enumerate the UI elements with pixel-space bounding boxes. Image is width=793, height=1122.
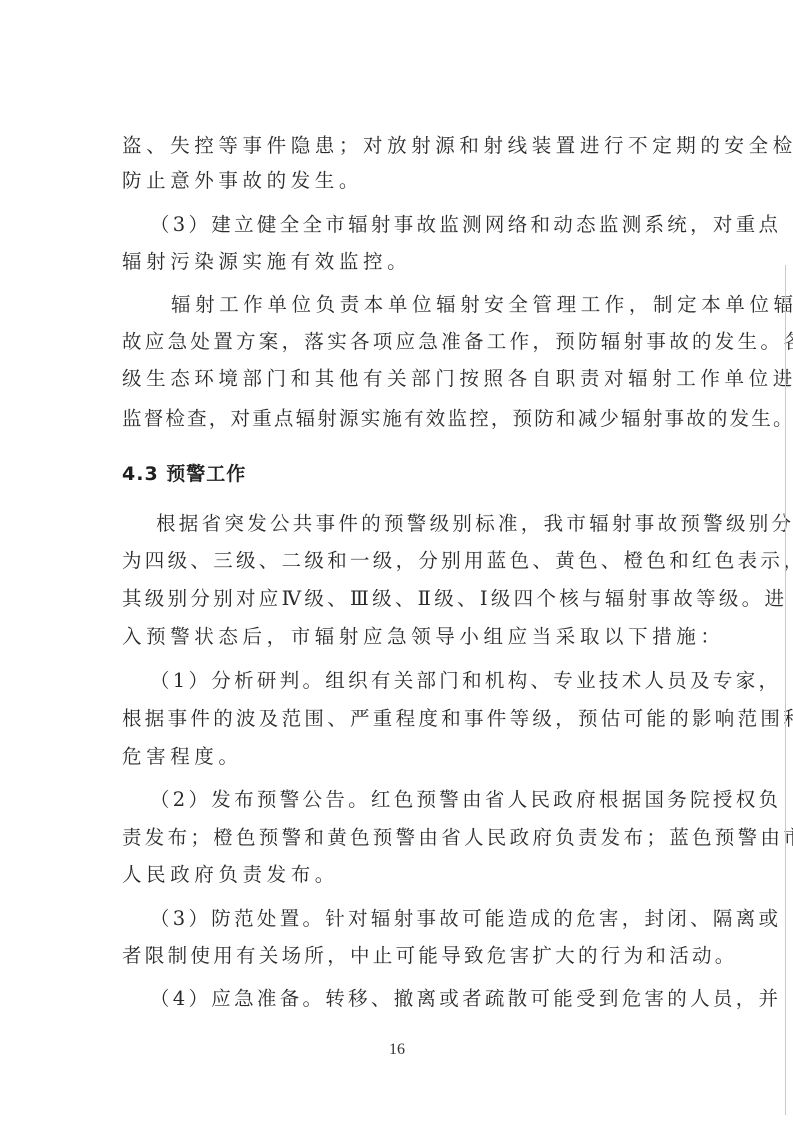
measure-3-line: （3）防范处置。针对辐射事故可能造成的危害，封闭、隔离或 (150, 907, 661, 931)
paragraph-line: 监督检查，对重点辐射源实施有效监控，预防和减少辐射事故的发生。 (122, 407, 682, 431)
measure-2-line: 人民政府负责发布。 (122, 863, 682, 887)
list-item-3-line: 辐射污染源实施有效监控。 (122, 250, 682, 274)
paragraph-line: 为四级、三级、二级和一级，分别用蓝色、黄色、橙色和红色表示， (122, 549, 682, 573)
page-number: 16 (389, 1040, 405, 1060)
paragraph-line: 其级别分别对应Ⅳ级、Ⅲ级、Ⅱ级、Ⅰ级四个核与辐射事故等级。进 (122, 587, 682, 611)
paragraph-line: 根据省突发公共事件的预警级别标准，我市辐射事故预警级别分 (156, 512, 667, 536)
list-item-3-line: （3）建立健全全市辐射事故监测网络和动态监测系统，对重点 (150, 213, 661, 237)
measure-2-line: 责发布；橙色预警和黄色预警由省人民政府负责发布；蓝色预警由市 (122, 826, 682, 850)
measure-3-line: 者限制使用有关场所，中止可能导致危害扩大的行为和活动。 (122, 944, 682, 968)
paragraph-line: 故应急处置方案，落实各项应急准备工作，预防辐射事故的发生。各 (122, 330, 682, 354)
paragraph-line: 入预警状态后，市辐射应急领导小组应当采取以下措施： (122, 625, 682, 649)
measure-2-line: （2）发布预警公告。红色预警由省人民政府根据国务院授权负 (150, 788, 661, 812)
paragraph-line: 辐射工作单位负责本单位辐射安全管理工作，制定本单位辐射事 (171, 293, 682, 317)
text-line: 防止意外事故的发生。 (122, 169, 682, 193)
measure-1-line: （1）分析研判。组织有关部门和机构、专业技术人员及专家， (150, 669, 661, 693)
measure-4-line: （4）应急准备。转移、撤离或者疏散可能受到危害的人员，并 (150, 987, 661, 1011)
section-heading: 4.3 预警工作 (122, 462, 246, 486)
measure-1-line: 危害程度。 (122, 745, 682, 769)
measure-1-line: 根据事件的波及范围、严重程度和事件等级，预估可能的影响范围和 (122, 707, 682, 731)
document-page: 盗、失控等事件隐患；对放射源和射线装置进行不定期的安全检查， 防止意外事故的发生… (0, 0, 793, 1122)
text-line: 盗、失控等事件隐患；对放射源和射线装置进行不定期的安全检查， (122, 134, 682, 158)
paragraph-line: 级生态环境部门和其他有关部门按照各自职责对辐射工作单位进行 (122, 367, 682, 391)
scan-edge-line (785, 265, 786, 1115)
